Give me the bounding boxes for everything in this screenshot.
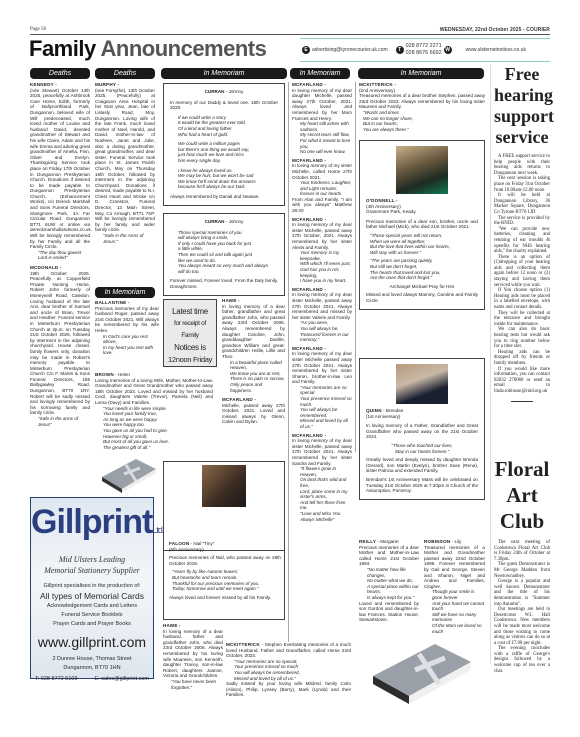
ad-item-1: All types of Memorial Cards: [31, 591, 153, 602]
memoriam-column-2: BALLANTINE - Precious memories of my dea…: [95, 300, 159, 359]
notice-mass: Brendan's 1st Anniversary Mass will be c…: [366, 477, 478, 494]
verse-line: Though your smile is gone forever: [424, 589, 485, 600]
notice-text: Michelle, passed away 27th October, 2021…: [222, 403, 285, 425]
bible-icon: [365, 638, 475, 708]
gillprint-logo: GillprintLtd.: [31, 504, 153, 548]
notice-curran-2: CURRAN - Johnny Those special memories o…: [163, 213, 285, 296]
contact-website[interactable]: www.ulsternetnotices.co.uk: [466, 47, 526, 53]
notice-text: Treasured memories of a dear brother Ste…: [359, 93, 485, 109]
notice-place: Granemore Park, Keady.: [366, 209, 416, 214]
notice-family: Greatly loved and deeply missed by daugh…: [366, 457, 478, 474]
verse-line: Your presence missed so much.: [292, 396, 352, 407]
notice-name: MCFARLAND -: [292, 217, 326, 222]
notice-given-name: - Margaret: [376, 539, 398, 544]
verse-line: And your hand we cannot touch: [424, 601, 485, 612]
article-title-line: Floral: [494, 456, 550, 482]
verse-line: "You have never been forgotten.": [163, 679, 223, 690]
notice-text: In loving memory of a dear father, grand…: [222, 304, 285, 359]
notice-family: Loved and remembered by son Gordon and d…: [359, 601, 419, 623]
notice-given-name: - Lily: [450, 539, 461, 544]
title-announcements: Announcements: [101, 36, 267, 61]
phone-2: 028 8676 6692: [406, 50, 442, 57]
header-rule: [30, 34, 550, 35]
notice-name: BROWN: [95, 372, 114, 377]
notice-prayer: Archangel Michael Pray for Him: [366, 284, 478, 290]
contact-bar: E advertising@tyronecourier.uk.com T 028…: [300, 38, 550, 62]
article-paragraph: Hearing aids can be dropped off by frien…: [494, 350, 550, 367]
notice-robinson: ROBINSON - Lily Treasured memories of a …: [424, 539, 485, 634]
ad-tagline-2: Memorial Stationery Supplier: [31, 565, 153, 576]
notice-name: KENNEDY -: [30, 82, 57, 87]
verse-line: In a beautiful place called Heaven,: [222, 360, 285, 371]
article-title-line: hearing: [494, 85, 550, 106]
ad-address-1: 2 Dunree House, Thomas Street: [31, 655, 153, 664]
article-paragraph: The next session is taking place on Frid…: [494, 176, 550, 193]
notice-text: In loving memory of my dear sister Miche…: [292, 222, 352, 249]
notice-name: BALLANTINE -: [95, 300, 130, 305]
article-paragraph: If You choose option (1) Hearing aids mu…: [494, 288, 550, 310]
ad-email[interactable]: E: sales@gillprint.com: [95, 675, 150, 684]
article-paragraph: A FREE support service to help people wi…: [494, 154, 550, 176]
article-paragraph: There is an option of (1)dropping of you…: [494, 255, 550, 289]
notice-text: 18th October 2025. Peacefully at Copperf…: [30, 271, 90, 416]
notice-name: ROBINSON: [424, 539, 450, 544]
verse-line: No one will ever know.: [292, 149, 352, 155]
notice-text: In loving memory of my sister Michelle, …: [292, 163, 352, 179]
notice-anniversary: (1st Anniversary): [366, 414, 400, 419]
article-paragraph: Our meetings are held in Desertcreat W.I…: [494, 607, 550, 646]
notice-odonnell: O'DONNELL - (4th Anniversary) Granemore …: [359, 140, 485, 310]
ad-lead: Gillprint specialises in the production …: [31, 582, 153, 591]
notice-anniversary: (4th Anniversary): [366, 204, 401, 209]
notice-text: Treasured memories of a Mother and Grand…: [424, 545, 485, 589]
notice-text: In loving memory of my dear sister Miche…: [292, 292, 352, 319]
article-paragraph: The evening concludes with a raffle of G…: [494, 646, 550, 674]
notice-title: CURRAN - Johnny: [170, 219, 278, 225]
notice-family: From Alan and Family. "I am with you alw…: [292, 197, 352, 213]
verse-line: You will always be remembered,: [292, 407, 352, 418]
column-rule: [355, 82, 356, 452]
article-title-line: Art: [494, 482, 550, 508]
ad-contact: T: 028 8772 5109 E: sales@gillprint.com: [31, 673, 153, 684]
notice-given-name: - Helen: [114, 372, 130, 377]
falloon-border: [163, 461, 285, 620]
notice-name: MCFARLAND -: [292, 82, 326, 87]
notice-hawe-2: HAWE - In loving memory of a dear husban…: [163, 623, 223, 690]
notice-mcfarland-2: MCFARLAND - In loving memory of my siste…: [292, 158, 352, 214]
notice-text: Loving memories of a loving Wife, Mother…: [95, 378, 213, 405]
page-number: Page 58: [30, 27, 46, 32]
verse-line: "Your memories are so special.: [292, 385, 352, 396]
notice-mcdonald: MCDONALD - 18th October 2025. Peacefully…: [30, 265, 90, 427]
ad-address-2: Dungannon, BT70 1HN: [31, 664, 153, 673]
deadline-line-4: 12noon Friday: [166, 354, 214, 366]
notice-mcfarland-6: MCFARLAND - In loving memory of my dear …: [292, 433, 352, 523]
verse-line: him every single day.: [170, 158, 278, 164]
mcfarland-column: MCFARLAND - In loving memory of my dear …: [292, 82, 352, 525]
notice-name: MCKITTERICK: [226, 642, 260, 647]
notice-hawe-1: HAWE - In loving memory of a dear father…: [222, 298, 285, 425]
column-rule: [490, 64, 491, 664]
notice-title: CURRAN - Johnny: [170, 89, 278, 95]
notice-name: MCFARLAND -: [292, 433, 326, 438]
ad-url[interactable]: www.gillprint.com: [31, 633, 153, 651]
notice-name: MCFARLAND -: [292, 158, 326, 163]
verse-line: Missed and loved by all of us.": [292, 418, 352, 429]
verse-line: No matter what we do,: [359, 578, 419, 584]
verse-line: Treasured forever in our memory.": [292, 332, 352, 343]
notice-name: QUINN: [366, 408, 382, 413]
article-paragraph: We can also do basic hearing tests but w…: [494, 327, 550, 349]
verse-line: God has you in His keeping,: [292, 267, 352, 278]
notice-name: O'DONNELL -: [366, 198, 398, 203]
verse-line: And tell her there from me.: [292, 500, 352, 511]
notice-mcfarland-small: MCFARLAND - Michelle, passed away 27th O…: [222, 397, 285, 425]
verse-line: Of the Mum we loved so much: [424, 623, 485, 634]
notice-name: MCFARLAND -: [292, 346, 326, 351]
verse-line: "Love and Miss You Always Michelle": [292, 511, 352, 522]
notice-given-name: - Stephen: [260, 642, 282, 647]
verse-line: You are always there.": [359, 127, 485, 133]
notice-signoff: Forever missed, Forever loved. From the …: [170, 278, 278, 289]
verse-line: Are the ones that don't forget.": [366, 275, 478, 281]
verse-line: For what it meant to lose you,: [292, 138, 352, 149]
notice-signoff: Always remembered by Danial and Neasan.: [170, 194, 278, 200]
notice-mcfarland-3: MCFARLAND - In loving memory of my dear …: [292, 217, 352, 284]
notice-anniversary: (2nd Anniversary): [359, 88, 395, 93]
notice-mckitterick-2: MCKITTERICK - Stephen Everlasting memori…: [226, 642, 351, 698]
phone-1: 028 8772 2271: [406, 43, 442, 50]
column-rule: [288, 82, 289, 642]
article-divider: [511, 401, 533, 402]
article-paragraph: "We can provide new batteries, cleaning …: [494, 227, 550, 255]
notice-text: (nee Forsythe), 13th October 2025, (Peac…: [95, 88, 155, 233]
notice-curran-1: CURRAN - Johnny In memory of our Daddy &…: [163, 83, 285, 206]
ad-phone: T: 028 8772 5109: [35, 675, 78, 684]
deaths-header-1: Deaths: [30, 68, 90, 79]
notice-quinn: QUINN - Brendan (1st Anniversary) In lov…: [359, 358, 485, 500]
verse-line: You always meant so very much and always: [170, 263, 278, 269]
verse-line: Stay in our hearts forever.": [366, 449, 478, 455]
article-paragraph: They will be collected at the entrance a…: [494, 311, 550, 328]
floral-article: Floral Art Club The next meeting of Cook…: [494, 456, 550, 674]
notice-family: Sadly missed by your loving wife Mildred…: [226, 681, 351, 697]
notice-text: Precious memories of a dear Mother and M…: [359, 545, 419, 567]
notice-intro: In memory of our Daddy & loved one. 18th…: [170, 100, 278, 111]
verse-line: Still we have so many memories: [424, 612, 485, 623]
verse-line: will do too.: [170, 269, 278, 275]
verse-line: My heart still aches with sadness,: [292, 121, 352, 132]
notice-mcfarland-5: MCFARLAND - In loving memory of my dear …: [292, 346, 352, 430]
notice-brown: BROWN - Helen Loving memories of a lovin…: [95, 372, 213, 450]
notice-name: MCFARLAND -: [292, 287, 326, 292]
notice-reilly: REILLY - Margaret Precious memories of a…: [359, 539, 419, 623]
gillprint-advert[interactable]: GillprintLtd. Mid Ulsters Leading Memori…: [30, 497, 154, 679]
verse-line: In God's care you rest above,: [95, 334, 159, 345]
verse-line: On land that's wild and free,: [292, 477, 352, 488]
article-paragraph: George is a popular and well known Demon…: [494, 579, 550, 607]
deadline-line-3: Notices is: [166, 342, 214, 354]
notice-text: In loving memory of my dear sister Miche…: [292, 351, 352, 384]
article-paragraph[interactable]: If you would like more information, you …: [494, 367, 550, 395]
notice-mckitterick-stephen: MCKITTERICK - (2nd Anniversary) Treasure…: [359, 82, 485, 132]
deadline-notice: Latest time for receipt of Family Notice…: [163, 299, 217, 367]
article-title-line: Club: [494, 508, 550, 534]
notice-given-name: - Brendan: [382, 408, 403, 413]
verse-line: Lord, place some in my sister's arms,: [292, 489, 352, 500]
hearing-article: Free hearing support service A FREE supp…: [494, 64, 550, 408]
memoriam-header-2: In Memoriam: [290, 68, 350, 79]
contact-phones: 028 8772 2271 028 8676 6692: [406, 43, 442, 57]
article-body: A FREE support service to help people wi…: [494, 154, 550, 395]
ad-item-4: Prayer Cards and Prayer Books: [31, 620, 153, 629]
article-paragraph: The service is provided by the RNID.: [494, 216, 550, 227]
verse-line: "No matter how life changes,: [359, 567, 419, 578]
notice-text: Precious memories of my dear husband Rog…: [95, 306, 159, 333]
notice-name: REILLY: [359, 539, 376, 544]
verse-line: Who had a heart of gold.: [170, 132, 278, 138]
email-icon: E: [302, 46, 310, 54]
phone-icon: T: [396, 46, 404, 54]
verse-line: because he'll always be our Dad.: [170, 184, 278, 190]
notice-name: MCDONALD -: [30, 265, 62, 270]
ad-item-3: Funeral Service Booklets: [31, 611, 153, 620]
notice-intro: Precious memories of a dear son, brother…: [366, 219, 478, 230]
verse-line: Your Kindness, Laughter, and Light remai…: [292, 180, 352, 197]
memoriam-header-3: In Memoriam: [358, 68, 484, 79]
notice-murphy: MURPHY - (nee Forsythe), 13th October 20…: [95, 82, 155, 244]
verse-line: "If flowers grow in Heaven,: [292, 466, 352, 477]
deaths-header-2: Deaths: [95, 68, 155, 79]
quinn-photo: [396, 364, 448, 404]
notice-mcfarland-1: MCFARLAND - In loving memory of my dear …: [292, 82, 352, 155]
article-body: The next meeting of Cookstown Floral Art…: [494, 540, 550, 674]
notice-intro: In loving memory of a Father, Grandfathe…: [366, 423, 478, 440]
deaths-column-2: MURPHY - (nee Forsythe), 13th October 20…: [95, 82, 155, 247]
verse-line: The greatest gift of all.": [95, 445, 213, 451]
deaths-column-1: KENNEDY - (née Stewart) October 14th 202…: [30, 82, 90, 430]
page-title: Family Announcements: [29, 36, 266, 62]
article-title-line: Free: [494, 64, 550, 85]
contact-email[interactable]: advertising@tyronecourier.uk.com: [312, 47, 388, 53]
odonnell-photo: [396, 146, 448, 194]
notice-verse: "Safe in the arms of Jesus": [30, 416, 90, 427]
verse-line: Your memory is my keepsake,: [292, 250, 352, 261]
verse-line: A special place within our hearts,: [359, 584, 419, 595]
web-icon: W: [444, 46, 452, 54]
notice-text: In loving memory of my dear daughter Mic…: [292, 88, 352, 121]
notice-verse: "Safe in the Arms of Jesus.": [95, 233, 155, 244]
dateline: WEDNESDAY, 22nd October 2025 - COURIER: [440, 27, 550, 33]
article-paragraph: It will be held at Dungannon Library, 36…: [494, 193, 550, 215]
article-paragraph: The guest Demonstrator is Mr George Madd…: [494, 562, 550, 579]
notice-verse: "The day thou gavest Lord is ended": [30, 250, 90, 261]
title-family: Family: [29, 36, 96, 61]
notice-name: MCKITTERICK -: [359, 82, 396, 87]
memoriam-header-1: In Memoriam: [161, 68, 287, 79]
ad-tagline-1: Mid Ulsters Leading: [31, 554, 153, 565]
notice-name: HAWE -: [163, 623, 181, 628]
notice-text: In loving memory of a dear husband, fath…: [163, 629, 223, 679]
article-paragraph: The next meeting of Cookstown Floral Art…: [494, 540, 550, 562]
deadline-line-1: Latest time: [166, 306, 214, 318]
article-title-line: support: [494, 106, 550, 127]
notice-ballantine: BALLANTINE - Precious memories of my dea…: [95, 300, 159, 356]
verse-line: Will stay with us forever.": [366, 250, 478, 256]
notice-mcfarland-4: MCFARLAND - In loving memory of my dear …: [292, 287, 352, 343]
notice-kennedy: KENNEDY - (née Stewart) October 14th 202…: [30, 82, 90, 261]
verse-line: Only peace and happiness.: [222, 382, 285, 393]
bible-icon: [96, 455, 158, 495]
verse-line: I have you in my heart.: [292, 278, 352, 284]
notice-text: In loving memory of my dear sister Miche…: [292, 438, 352, 465]
article-title-line: service: [494, 127, 550, 148]
notice-signoff: Missed and loved always Mammy, Caroline …: [366, 292, 478, 303]
notice-name: MURPHY -: [95, 82, 119, 87]
notice-text: (née Stewart) October 14th 2025, peacefu…: [30, 88, 92, 250]
notice-name: HAWE -: [222, 298, 240, 303]
verse-line: In my heart you rest with love.: [95, 345, 159, 356]
notice-name: MCFARLAND -: [222, 397, 256, 402]
memoriam-header-4: In Memoriam: [95, 287, 155, 298]
ad-item-2: Acknowledgement Cards and Letters: [31, 602, 153, 611]
deadline-line-2: for receipt of Family: [166, 318, 214, 342]
